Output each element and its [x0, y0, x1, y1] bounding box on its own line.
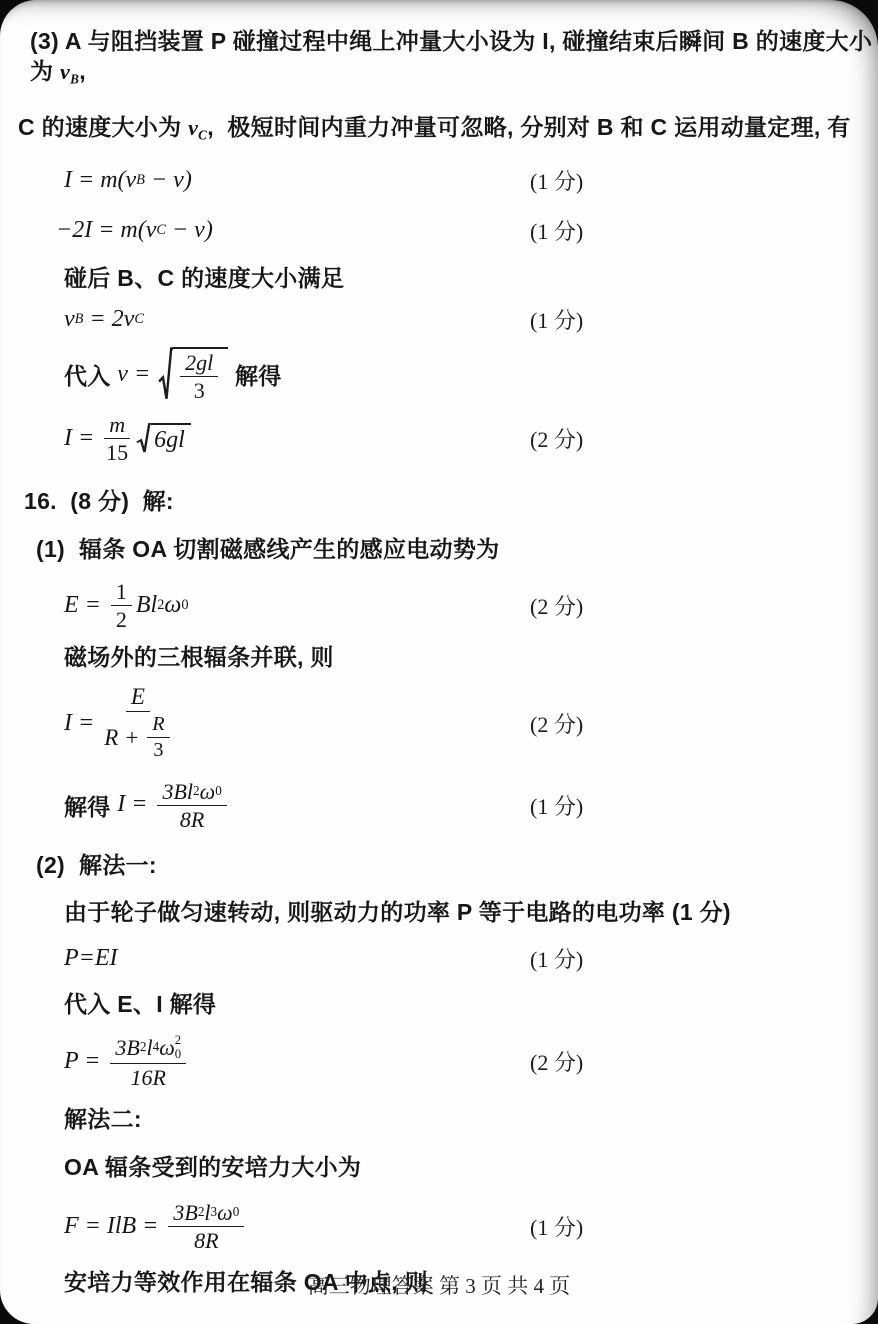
frac-den: 8R	[180, 806, 204, 831]
frac-num: 3B2l4ω20	[110, 1033, 186, 1065]
frac-den: R + R3	[104, 712, 171, 761]
var-v-sub-C: C	[198, 127, 207, 142]
frac-num: E	[126, 685, 150, 712]
eq1-sub: B	[136, 172, 145, 189]
sqrt-body: 2gl3	[173, 347, 228, 402]
eq1-post: − v)	[145, 167, 192, 194]
text-method2: 解法二:	[0, 1104, 878, 1134]
fraction-E-over-R: ER + R3	[104, 685, 171, 762]
score-label: (2 分)	[530, 423, 583, 454]
equation-row-speed-ratio: vB = 2vC (1 分)	[0, 302, 878, 336]
sqrt-body: 6gl	[151, 423, 191, 454]
formula-power-result: P = 3B2l4ω2016R	[0, 1033, 530, 1090]
question16-heading: 16. (8 分) 解:	[0, 486, 878, 516]
equation-row-ampere-force: F = IlB = 3B2l3ω08R (1 分)	[0, 1195, 878, 1257]
omega-sub: 0	[175, 1047, 181, 1061]
eq5-lhs: E =	[64, 592, 107, 619]
subst-cn-pre: 代入	[64, 358, 117, 391]
fraction-2gl-3: 2gl3	[180, 351, 218, 402]
intro1-comma: ,	[79, 58, 86, 84]
var-v-sub-B: B	[70, 72, 79, 87]
score-label: (1 分)	[530, 215, 583, 246]
eq4-lhs: I =	[64, 425, 100, 452]
eq2-sub: C	[156, 222, 166, 239]
photo-background: (3) A 与阻挡装置 P 碰撞过程中绳上冲量大小设为 I, 碰撞结束后瞬间 B…	[0, 0, 878, 1324]
eq5-Bl: Bl	[136, 592, 157, 619]
num-3B: 3B	[173, 1201, 197, 1224]
score-label: (2 分)	[530, 590, 583, 621]
equation-row-impulse-B: I = m(vB − v) (1 分)	[0, 163, 878, 197]
formula-current: I = ER + R3	[0, 685, 530, 762]
eq3-v1: v	[64, 306, 75, 333]
radical-sign-icon	[136, 423, 151, 454]
page-content: (3) A 与阻挡装置 P 碰撞过程中绳上冲量大小设为 I, 碰撞结束后瞬间 B…	[0, 26, 878, 1297]
equation-row-current-result: 解得 I = 3Bl2ω08R (1 分)	[0, 774, 878, 836]
num-3B: 3B	[115, 1036, 139, 1059]
score-label: (1 分)	[530, 1211, 583, 1242]
equation-row-impulse-C: −2I = m(vC − v) (1 分)	[0, 213, 878, 247]
score-label: (2 分)	[530, 708, 583, 739]
num-sub: 0	[233, 1205, 240, 1219]
eq9-lhs: P =	[64, 1048, 106, 1075]
item2-label: (2)	[36, 852, 65, 878]
subst-cn-post: 解得	[228, 358, 281, 391]
item1-label: (1)	[36, 536, 65, 562]
intro2-rest: , 极短时间内重力冲量可忽略, 分别对 B 和 C 运用动量定理, 有	[207, 114, 850, 140]
answer-sheet-page: (3) A 与阻挡装置 P 碰撞过程中绳上冲量大小设为 I, 碰撞结束后瞬间 B…	[0, 0, 878, 1324]
subst-v-equals: v =	[117, 361, 156, 388]
frac-den: 2	[116, 606, 127, 631]
text-ampere-force: OA 辐条受到的安培力大小为	[0, 1152, 878, 1182]
num-3Bl: 3Bl	[162, 780, 193, 803]
var-v: v	[188, 115, 198, 140]
frac-den: 15	[106, 439, 128, 464]
eq2-post: − v)	[166, 217, 213, 244]
num-omega: ω	[200, 780, 216, 803]
score-label: (1 分)	[530, 943, 583, 974]
equation-row-current: I = ER + R3 (2 分)	[0, 680, 878, 766]
num-supL: 4	[153, 1040, 160, 1054]
formula-impulse-result: I = m156gl	[0, 413, 530, 464]
var-vC: vC	[188, 115, 207, 140]
eq5-sub: 0	[181, 597, 188, 614]
eq3-mid: = 2v	[83, 306, 134, 333]
eq7-lhs: I =	[117, 791, 153, 817]
frac-num: R	[147, 714, 169, 738]
score-label: (1 分)	[530, 165, 583, 196]
eq1-pre: I = m(v	[64, 167, 136, 194]
frac-den: 16R	[131, 1064, 166, 1089]
eq7-cn: 解得	[64, 789, 117, 822]
num-sub: 0	[215, 784, 222, 798]
sqrt-radical: 2gl3	[158, 347, 228, 402]
num-omega: ω	[159, 1036, 175, 1059]
eq5-sup: 2	[157, 597, 164, 614]
text-after-collision: 碰后 B、C 的速度大小满足	[0, 263, 878, 293]
frac-num: 1	[111, 580, 132, 606]
omega-sup: 2	[175, 1033, 181, 1047]
omega-supsub: 20	[175, 1033, 181, 1062]
intro1-text: (3) A 与阻挡装置 P 碰撞过程中绳上冲量大小设为 I, 碰撞结束后瞬间 B…	[30, 28, 872, 84]
fraction-ampere: 3B2l3ω08R	[168, 1201, 244, 1252]
part3-intro-line2: C 的速度大小为 vC, 极短时间内重力冲量可忽略, 分别对 B 和 C 运用动…	[0, 112, 878, 151]
eq6-lhs: I =	[64, 710, 100, 737]
equation-row-power-result: P = 3B2l4ω2016R (2 分)	[0, 1030, 878, 1092]
equation-row-power: P=EI (1 分)	[0, 941, 878, 975]
equation-row-impulse-result: I = m156gl (2 分)	[0, 410, 878, 466]
den-R-plus: R +	[104, 726, 145, 750]
sqrt-radical: 6gl	[136, 423, 191, 454]
formula-speed-ratio: vB = 2vC	[0, 306, 530, 333]
formula-power: P=EI	[0, 945, 530, 972]
frac-num: 3Bl2ω0	[157, 780, 226, 806]
frac-den: 3	[194, 377, 205, 402]
fraction-3Bl2w0-8R: 3Bl2ω08R	[157, 780, 226, 831]
page-footer: 高三物理答案 第 3 页 共 4 页	[0, 1270, 878, 1300]
item2-text: 解法一:	[79, 852, 157, 878]
formula-current-result: 解得 I = 3Bl2ω08R	[0, 780, 530, 831]
formula-ampere-force: F = IlB = 3B2l3ω08R	[0, 1201, 530, 1252]
fraction-power: 3B2l4ω2016R	[110, 1033, 186, 1090]
score-label: (2 分)	[530, 1046, 583, 1077]
text-substitute-EI: 代入 E、I 解得	[0, 989, 878, 1019]
num-omega: ω	[217, 1201, 233, 1224]
frac-num: 3B2l3ω0	[168, 1201, 244, 1227]
radical-sign-icon	[158, 347, 173, 402]
formula-impulse-B: I = m(vB − v)	[0, 167, 530, 194]
frac-den: 8R	[194, 1227, 218, 1252]
eq10-lhs: F = IlB =	[64, 1213, 164, 1240]
score-label: (1 分)	[530, 790, 583, 821]
intro2-text: C 的速度大小为	[18, 114, 188, 140]
equation-row-emf: E = 12Bl2ω0 (2 分)	[0, 577, 878, 633]
eq5-omega: ω	[164, 592, 181, 619]
formula-emf: E = 12Bl2ω0	[0, 580, 530, 631]
eq3-sub2: C	[134, 311, 144, 328]
num-supB: 2	[140, 1040, 147, 1054]
num-supL: 3	[211, 1205, 218, 1219]
eq7-math: I = 3Bl2ω08R	[117, 780, 230, 831]
formula-impulse-C: −2I = m(vC − v)	[0, 217, 530, 244]
text-parallel: 磁场外的三根辐条并联, 则	[0, 642, 878, 672]
num-supB: 2	[198, 1205, 205, 1219]
substitution-line: 代入 v = 2gl3 解得	[0, 342, 878, 406]
var-v: v	[60, 59, 70, 84]
item2-line: (2)解法一:	[0, 850, 878, 880]
eq3-sub1: B	[75, 311, 84, 328]
part3-intro-line1: (3) A 与阻挡装置 P 碰撞过程中绳上冲量大小设为 I, 碰撞结束后瞬间 B…	[0, 26, 878, 95]
text-power: 由于轮子做匀速转动, 则驱动力的功率 P 等于电路的电功率 (1 分)	[0, 897, 878, 927]
fraction-R-3: R3	[147, 714, 169, 761]
item1-line: (1)辐条 OA 切割磁感线产生的感应电动势为	[0, 534, 878, 564]
item1-text: 辐条 OA 切割磁感线产生的感应电动势为	[79, 536, 499, 562]
num-sup: 2	[193, 784, 200, 798]
score-label: (1 分)	[530, 304, 583, 335]
frac-num: m	[104, 413, 130, 439]
fraction-1-2: 12	[111, 580, 132, 631]
fraction-m-15: m15	[104, 413, 130, 464]
frac-num: 2gl	[180, 351, 218, 377]
var-vB: vB	[60, 59, 79, 84]
eq2-pre: −2I = m(v	[56, 217, 156, 244]
frac-den: 3	[153, 738, 163, 761]
